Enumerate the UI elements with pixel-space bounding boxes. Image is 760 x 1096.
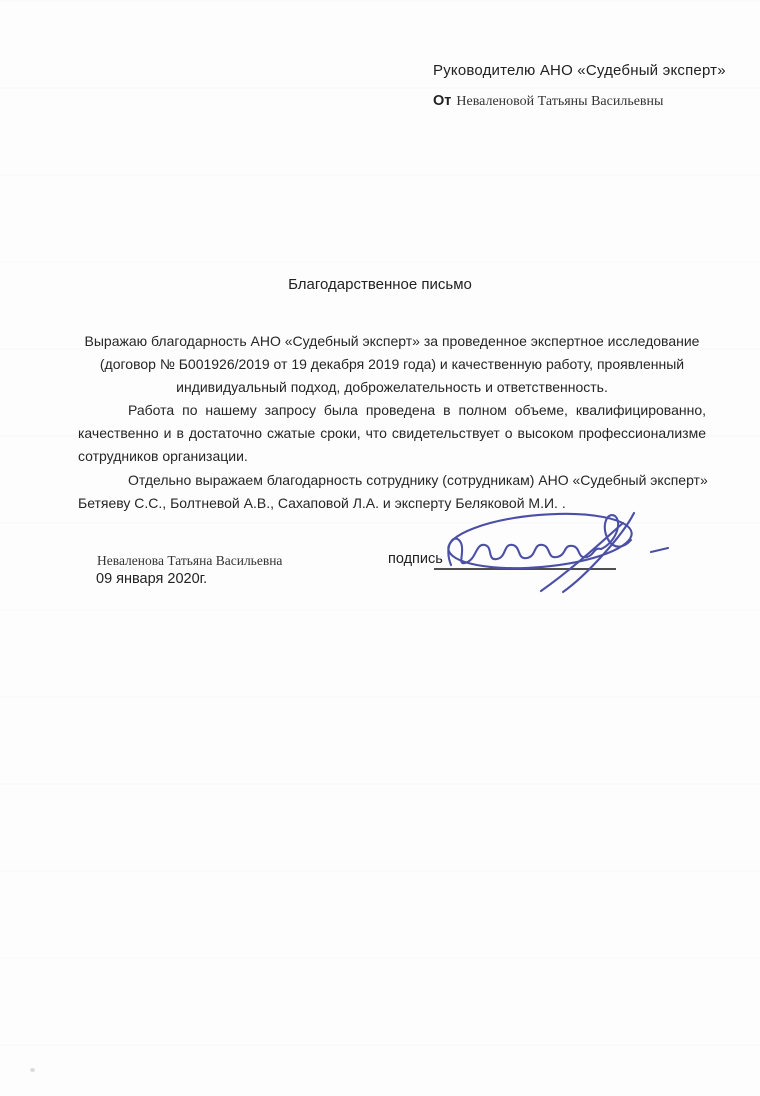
sender-name: Неваленовой Татьяны Васильевны <box>456 94 663 109</box>
from-prefix: От <box>433 93 451 109</box>
letter-title: Благодарственное письмо <box>0 276 760 293</box>
paragraph-line: Работа по нашему запросу была проведена … <box>78 399 706 422</box>
paragraph-work-quality: Работа по нашему запросу была проведена … <box>78 399 706 468</box>
scanned-letter-page: Руководителю АНО «Судебный эксперт» ОтНе… <box>0 0 760 1096</box>
signature-ink <box>446 507 668 592</box>
paragraph-line: (договор № Б001926/2019 от 19 декабря 20… <box>78 353 706 376</box>
paragraph-gratitude: Выражаю благодарность АНО «Судебный эксп… <box>78 330 706 399</box>
sender-line: ОтНеваленовой Татьяны Васильевны <box>433 93 726 110</box>
scan-artifact-speck <box>30 1068 35 1072</box>
letter-header: Руководителю АНО «Судебный эксперт» ОтНе… <box>433 62 726 110</box>
paragraph-line: индивидуальный подход, доброжелательност… <box>78 376 706 399</box>
paragraph-line: Отдельно выражаем благодарность сотрудни… <box>78 469 706 492</box>
paragraph-line: качественно и в достаточно сжатые сроки,… <box>78 422 706 445</box>
paragraph-line: Выражаю благодарность АНО «Судебный эксп… <box>78 330 706 353</box>
letter-date: 09 января 2020г. <box>96 571 207 587</box>
author-name: Неваленова Татьяна Васильевна <box>97 553 282 569</box>
handwritten-signature <box>425 503 675 598</box>
recipient-line: Руководителю АНО «Судебный эксперт» <box>433 62 726 79</box>
paragraph-line: сотрудников организации. <box>78 445 706 468</box>
